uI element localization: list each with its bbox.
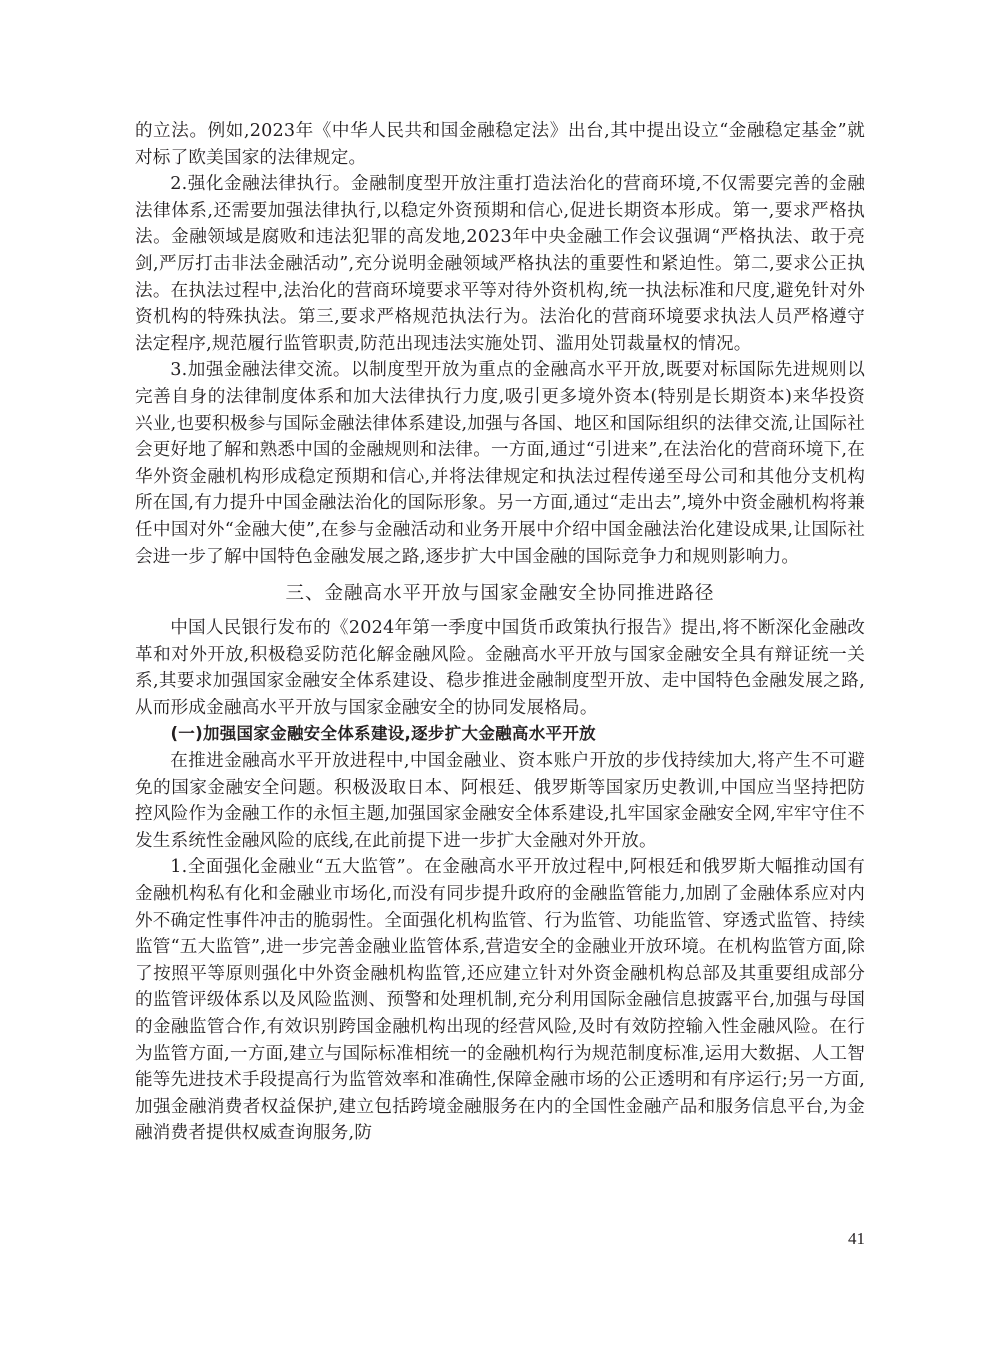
- page-body: 的立法。例如,2023年《中华人民共和国金融稳定法》出台,其中提出设立“金融稳定…: [135, 118, 865, 1147]
- paragraph-legislation-continued: 的立法。例如,2023年《中华人民共和国金融稳定法》出台,其中提出设立“金融稳定…: [135, 118, 865, 171]
- section-heading: 三、金融高水平开放与国家金融安全协同推进路径: [135, 581, 865, 607]
- paragraph-five-supervisions: 1.全面强化金融业“五大监管”。在金融高水平开放过程中,阿根廷和俄罗斯大幅推动国…: [135, 854, 865, 1147]
- subsection-heading: (一)加强国家金融安全体系建设,逐步扩大金融高水平开放: [135, 721, 865, 748]
- paragraph-strengthen-enforcement: 2.强化金融法律执行。金融制度型开放注重打造法治化的营商环境,不仅需要完善的金融…: [135, 171, 865, 357]
- paragraph-section-intro: 中国人民银行发布的《2024年第一季度中国货币政策执行报告》提出,将不断深化金融…: [135, 615, 865, 721]
- paragraph-legal-exchange: 3.加强金融法律交流。以制度型开放为重点的金融高水平开放,既要对标国际先进规则以…: [135, 357, 865, 570]
- page-number: 41: [845, 1228, 865, 1250]
- paragraph-subsection-intro: 在推进金融高水平开放进程中,中国金融业、资本账户开放的步伐持续加大,将产生不可避…: [135, 748, 865, 854]
